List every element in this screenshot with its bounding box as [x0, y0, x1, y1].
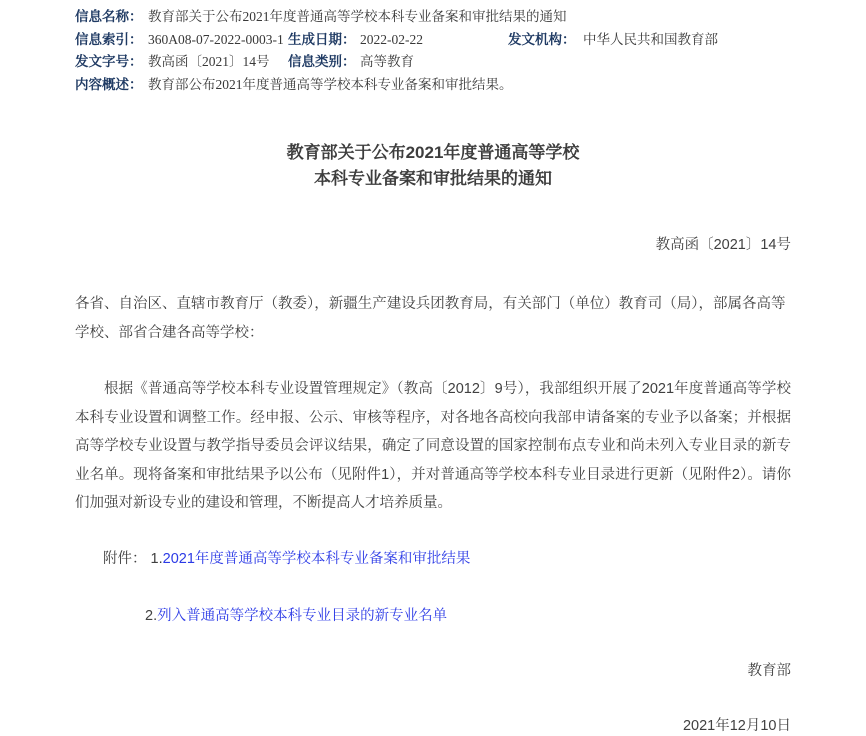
agency-value: 中华人民共和国教育部 [583, 29, 791, 52]
document-title-line2: 本科专业备案和审批结果的通知 [75, 166, 791, 192]
agency-label: 发文机构： [508, 29, 583, 52]
attachment-1-prefix: 1. [151, 551, 163, 567]
docno-value: 教高函〔2021〕14号 [148, 51, 288, 74]
document-page: 信息名称： 教育部关于公布2021年度普通高等学校本科专业备案和审批结果的通知 … [0, 0, 866, 736]
info-name-value: 教育部关于公布2021年度普通高等学校本科专业备案和审批结果的通知 [148, 6, 791, 29]
metadata-row-summary: 内容概述： 教育部公布2021年度普通高等学校本科专业备案和审批结果。 [75, 74, 791, 97]
category-value: 高等教育 [360, 51, 791, 74]
main-paragraph: 根据《普通高等学校本科专业设置管理规定》（教高〔2012〕9号），我部组织开展了… [75, 375, 791, 518]
metadata-table: 信息名称： 教育部关于公布2021年度普通高等学校本科专业备案和审批结果的通知 … [75, 0, 791, 96]
gen-date-value: 2022-02-22 [360, 29, 508, 52]
signature: 教育部 [75, 660, 791, 682]
info-name-label: 信息名称： [75, 6, 148, 29]
metadata-row-docno: 发文字号： 教高函〔2021〕14号 信息类别： 高等教育 [75, 51, 791, 74]
attachment-1-link[interactable]: 2021年度普通高等学校本科专业备案和审批结果 [163, 551, 471, 567]
docno-label: 发文字号： [75, 51, 148, 74]
metadata-row-index: 信息索引： 360A08-07-2022-0003-1 生成日期： 2022-0… [75, 29, 791, 52]
attachments-label: 附件： [103, 551, 147, 567]
info-index-label: 信息索引： [75, 29, 148, 52]
document-title-line1: 教育部关于公布2021年度普通高等学校 [75, 140, 791, 166]
metadata-row-name: 信息名称： 教育部关于公布2021年度普通高等学校本科专业备案和审批结果的通知 [75, 6, 791, 29]
info-index-value: 360A08-07-2022-0003-1 [148, 29, 288, 52]
summary-value: 教育部公布2021年度普通高等学校本科专业备案和审批结果。 [148, 74, 791, 97]
document-number: 教高函〔2021〕14号 [75, 234, 791, 256]
gen-date-label: 生成日期： [288, 29, 360, 52]
attachment-line-1: 附件： 1.2021年度普通高等学校本科专业备案和审批结果 [75, 545, 791, 573]
summary-label: 内容概述： [75, 74, 148, 97]
attachment-2-prefix: 2. [145, 608, 157, 624]
document-title: 教育部关于公布2021年度普通高等学校 本科专业备案和审批结果的通知 [75, 140, 791, 192]
signature-date: 2021年12月10日 [75, 715, 791, 736]
document-content: 信息名称： 教育部关于公布2021年度普通高等学校本科专业备案和审批结果的通知 … [75, 0, 791, 736]
category-label: 信息类别： [288, 51, 360, 74]
attachment-2-link[interactable]: 列入普通高等学校本科专业目录的新专业名单 [157, 608, 447, 624]
attachment-line-2: 2.列入普通高等学校本科专业目录的新专业名单 [75, 602, 791, 630]
salutation: 各省、自治区、直辖市教育厅（教委），新疆生产建设兵团教育局，有关部门（单位）教育… [75, 290, 791, 348]
